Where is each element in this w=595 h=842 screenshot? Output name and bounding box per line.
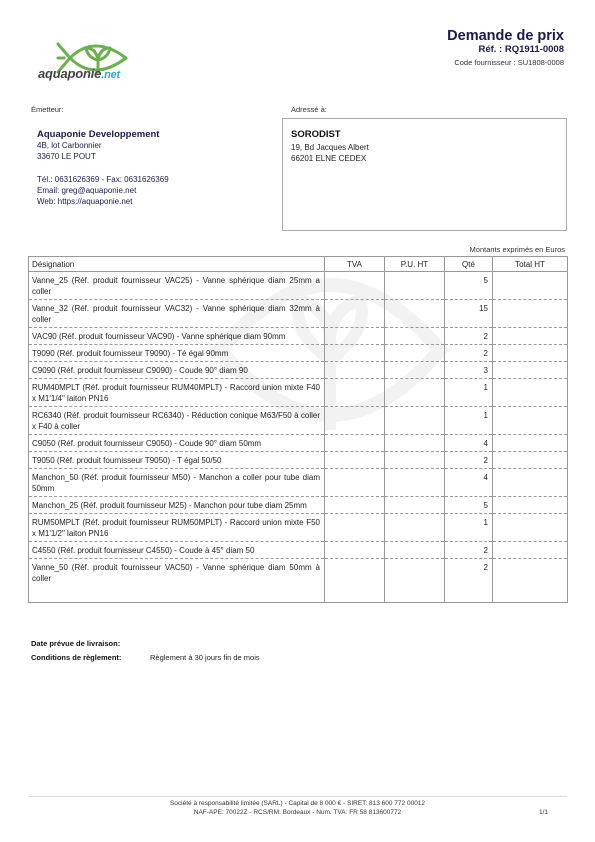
cell-total-ht: [493, 542, 568, 559]
recipient-name: SORODIST: [291, 129, 341, 140]
cell-pu-ht: [385, 559, 445, 603]
table-row: Manchon_25 (Réf. produit fournisseur M25…: [29, 497, 568, 514]
cell-pu-ht: [385, 328, 445, 345]
cell-total-ht: [493, 379, 568, 407]
cell-pu-ht: [385, 497, 445, 514]
cell-designation: C9090 (Réf. produit fournisseur C9090) -…: [29, 362, 325, 379]
table-row: Manchon_50 (Réf. produit fournisseur M50…: [29, 469, 568, 497]
cell-qty: 2: [445, 542, 493, 559]
cell-designation: T9050 (Réf. produit fournisseur T9050) -…: [29, 452, 325, 469]
cell-pu-ht: [385, 452, 445, 469]
cell-pu-ht: [385, 300, 445, 328]
emitter-address-line1: 4B, lot Carbonnier: [37, 141, 101, 150]
column-header-pu-ht: P.U. HT: [385, 257, 445, 272]
cell-designation: Manchon_50 (Réf. produit fournisseur M50…: [29, 469, 325, 497]
table-header-row: Désignation TVA P.U. HT Qté Total HT: [29, 257, 568, 272]
emitter-name: Aquaponie Developpement: [37, 129, 159, 140]
logo-brand: aquaponie: [38, 66, 101, 81]
table-body: Vanne_25 (Réf. produit fournisseur VAC25…: [29, 272, 568, 603]
cell-total-ht: [493, 435, 568, 452]
cell-designation: RUM50MPLT (Réf. produit fournisseur RUM5…: [29, 514, 325, 542]
cell-designation: T9090 (Réf. produit fournisseur T9090) -…: [29, 345, 325, 362]
cell-tva: [325, 379, 385, 407]
cell-designation: Manchon_25 (Réf. produit fournisseur M25…: [29, 497, 325, 514]
page-number: 1/1: [539, 809, 548, 816]
cell-total-ht: [493, 362, 568, 379]
cell-designation: VAC90 (Réf. produit fournisseur VAC90) -…: [29, 328, 325, 345]
cell-tva: [325, 435, 385, 452]
recipient-address-line2: 66201 ELNE CEDEX: [291, 154, 366, 163]
cell-total-ht: [493, 559, 568, 603]
cell-tva: [325, 469, 385, 497]
cell-qty: 5: [445, 497, 493, 514]
cell-designation: C9050 (Réf. produit fournisseur C9050) -…: [29, 435, 325, 452]
table-row: VAC90 (Réf. produit fournisseur VAC90) -…: [29, 328, 568, 345]
cell-tva: [325, 272, 385, 300]
logo-wordmark: aquaponie.net: [38, 66, 120, 81]
payment-terms-label: Conditions de règlement:: [31, 653, 121, 662]
document-reference: Réf. : RQ1911-0008: [478, 44, 564, 55]
cell-pu-ht: [385, 435, 445, 452]
cell-pu-ht: [385, 272, 445, 300]
table-row: Vanne_50 (Réf. produit fournisseur VAC50…: [29, 559, 568, 603]
table-row: RUM50MPLT (Réf. produit fournisseur RUM5…: [29, 514, 568, 542]
cell-tva: [325, 514, 385, 542]
cell-total-ht: [493, 328, 568, 345]
cell-total-ht: [493, 469, 568, 497]
cell-tva: [325, 542, 385, 559]
cell-pu-ht: [385, 514, 445, 542]
cell-qty: 5: [445, 272, 493, 300]
items-table: Désignation TVA P.U. HT Qté Total HT Van…: [28, 256, 568, 603]
cell-qty: 1: [445, 379, 493, 407]
emitter-email: Email: greg@aquaponie.net: [37, 186, 136, 195]
cell-total-ht: [493, 514, 568, 542]
table-row: T9050 (Réf. produit fournisseur T9050) -…: [29, 452, 568, 469]
cell-pu-ht: [385, 469, 445, 497]
cell-qty: 15: [445, 300, 493, 328]
cell-pu-ht: [385, 379, 445, 407]
cell-total-ht: [493, 452, 568, 469]
table-row: Vanne_25 (Réf. produit fournisseur VAC25…: [29, 272, 568, 300]
cell-tva: [325, 407, 385, 435]
cell-pu-ht: [385, 362, 445, 379]
column-header-qty: Qté: [445, 257, 493, 272]
emitter-phone-fax: Tél.: 0631626369 - Fax: 0631626369: [37, 175, 169, 184]
cell-total-ht: [493, 300, 568, 328]
currency-note: Montants exprimés en Euros: [470, 245, 565, 254]
cell-qty: 1: [445, 514, 493, 542]
cell-tva: [325, 559, 385, 603]
recipient-label: Adressé à:: [291, 105, 327, 114]
cell-qty: 4: [445, 435, 493, 452]
cell-qty: 2: [445, 328, 493, 345]
document-title: Demande de prix: [447, 28, 564, 44]
cell-tva: [325, 300, 385, 328]
cell-designation: Vanne_25 (Réf. produit fournisseur VAC25…: [29, 272, 325, 300]
supplier-code: Code fournisseur : SU1808-0008: [454, 58, 564, 67]
cell-tva: [325, 452, 385, 469]
footer-legal-line2: NAF-APE: 70022Z - RCS/RM: Bordeaux - Num…: [0, 809, 595, 816]
cell-tva: [325, 362, 385, 379]
table-row: T9090 (Réf. produit fournisseur T9090) -…: [29, 345, 568, 362]
cell-designation: Vanne_32 (Réf. produit fournisseur VAC32…: [29, 300, 325, 328]
footer-divider: [28, 796, 567, 797]
recipient-address-line1: 19, Bd Jacques Albert: [291, 143, 369, 152]
cell-tva: [325, 328, 385, 345]
cell-tva: [325, 497, 385, 514]
cell-total-ht: [493, 497, 568, 514]
cell-qty: 2: [445, 559, 493, 603]
table-row: RC6340 (Réf. produit fournisseur RC6340)…: [29, 407, 568, 435]
emitter-address-line2: 33670 LE POUT: [37, 152, 96, 161]
cell-designation: RUM40MPLT (Réf. produit fournisseur RUM4…: [29, 379, 325, 407]
delivery-date-label: Date prévue de livraison:: [31, 639, 120, 648]
cell-qty: 2: [445, 452, 493, 469]
table-row: C9090 (Réf. produit fournisseur C9090) -…: [29, 362, 568, 379]
table-row: Vanne_32 (Réf. produit fournisseur VAC32…: [29, 300, 568, 328]
cell-pu-ht: [385, 345, 445, 362]
table-row: C4550 (Réf. produit fournisseur C4550) -…: [29, 542, 568, 559]
table-row: C9050 (Réf. produit fournisseur C9050) -…: [29, 435, 568, 452]
footer-legal-line1: Société à responsabilité limitée (SARL) …: [0, 800, 595, 807]
column-header-tva: TVA: [325, 257, 385, 272]
cell-qty: 2: [445, 345, 493, 362]
emitter-web: Web: https://aquaponie.net: [37, 197, 132, 206]
logo-tld: .net: [101, 69, 120, 81]
cell-total-ht: [493, 345, 568, 362]
cell-total-ht: [493, 272, 568, 300]
column-header-designation: Désignation: [29, 257, 325, 272]
cell-total-ht: [493, 407, 568, 435]
cell-pu-ht: [385, 407, 445, 435]
cell-pu-ht: [385, 542, 445, 559]
cell-qty: 4: [445, 469, 493, 497]
cell-qty: 1: [445, 407, 493, 435]
cell-qty: 3: [445, 362, 493, 379]
cell-designation: C4550 (Réf. produit fournisseur C4550) -…: [29, 542, 325, 559]
table-row: RUM40MPLT (Réf. produit fournisseur RUM4…: [29, 379, 568, 407]
cell-designation: RC6340 (Réf. produit fournisseur RC6340)…: [29, 407, 325, 435]
cell-designation: Vanne_50 (Réf. produit fournisseur VAC50…: [29, 559, 325, 603]
payment-terms-value: Règlement à 30 jours fin de mois: [150, 653, 260, 662]
cell-tva: [325, 345, 385, 362]
column-header-total-ht: Total HT: [493, 257, 568, 272]
emitter-label: Émetteur:: [31, 105, 64, 114]
